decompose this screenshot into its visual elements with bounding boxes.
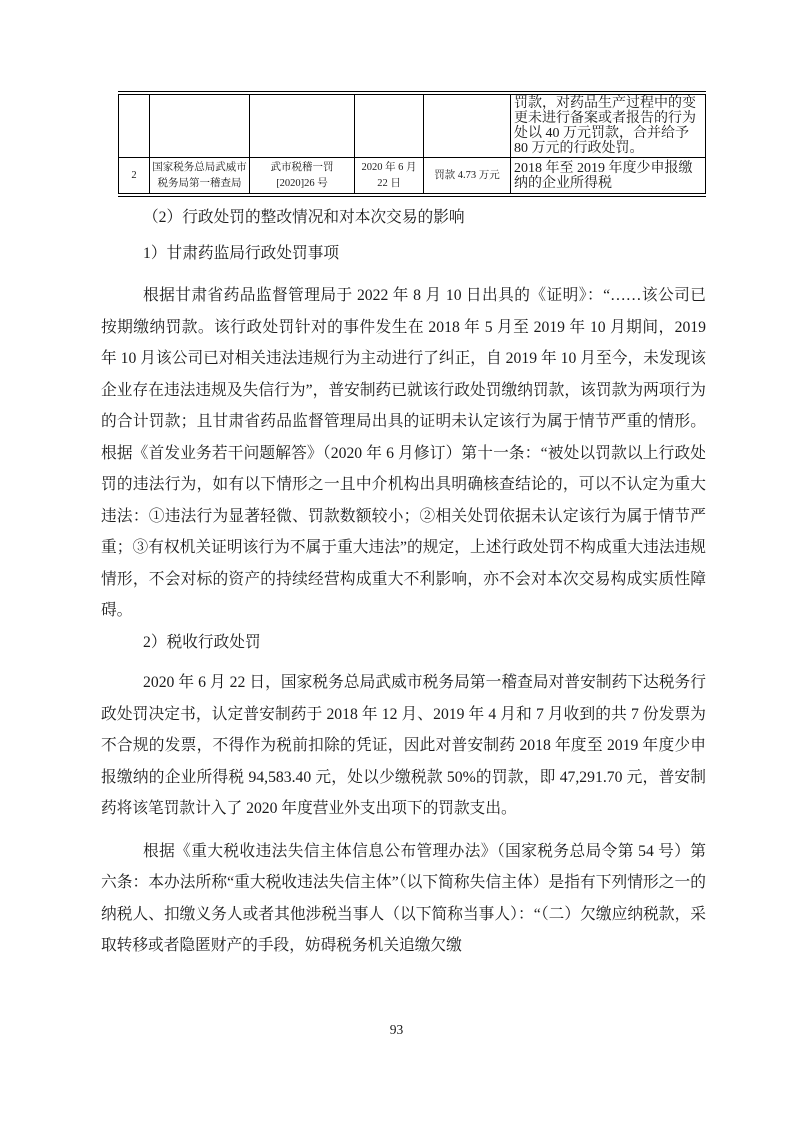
cell-doc-no [250,93,355,158]
para-tax-penalty: 2020 年 6 月 22 日，国家税务总局武威市税务局第一稽查局对普安制药下达… [101,667,706,825]
para-gansu-penalty: 根据甘肃省药品监督管理局于 2022 年 8 月 10 日出具的《证明》：“……… [101,280,706,627]
heading-gansu-penalty: 1）甘肃药监局行政处罚事项 [101,238,706,270]
cell-reason: 2018 年至 2019 年度少申报缴纳的企业所得税 [511,158,706,196]
heading-tax-penalty: 2）税收行政处罚 [101,627,706,659]
heading-rectification: （2）行政处罚的整改情况和对本次交易的影响 [101,202,706,234]
cell-penalty [424,93,511,158]
cell-authority: 国家税务总局武威市税务局第一稽查局 [150,158,250,196]
cell-seq [119,93,150,158]
page-number: 93 [0,1022,793,1038]
cell-date [355,93,424,158]
para-regulation: 根据《重大税收违法失信主体信息公布管理办法》（国家税务总局令第 54 号）第六条… [101,836,706,962]
table-row-continued: 罚款，对药品生产过程中的变更未进行备案或者报告的行为处以 40 万元罚款，合并给… [119,93,706,158]
cell-penalty: 罚款 4.73 万元 [424,158,511,196]
cell-seq: 2 [119,158,150,196]
document-page: 罚款，对药品生产过程中的变更未进行备案或者报告的行为处以 40 万元罚款，合并给… [0,0,793,1122]
page-content: 罚款，对药品生产过程中的变更未进行备案或者报告的行为处以 40 万元罚款，合并给… [101,91,706,973]
table-row: 2 国家税务总局武威市税务局第一稽查局 武市税稽一罚[2020]26 号 202… [119,158,706,196]
cell-date: 2020 年 6 月 22 日 [355,158,424,196]
cell-authority [150,93,250,158]
cell-reason: 罚款，对药品生产过程中的变更未进行备案或者报告的行为处以 40 万元罚款，合并给… [511,93,706,158]
cell-doc-no: 武市税稽一罚[2020]26 号 [250,158,355,196]
penalty-table: 罚款，对药品生产过程中的变更未进行备案或者报告的行为处以 40 万元罚款，合并给… [118,91,706,197]
